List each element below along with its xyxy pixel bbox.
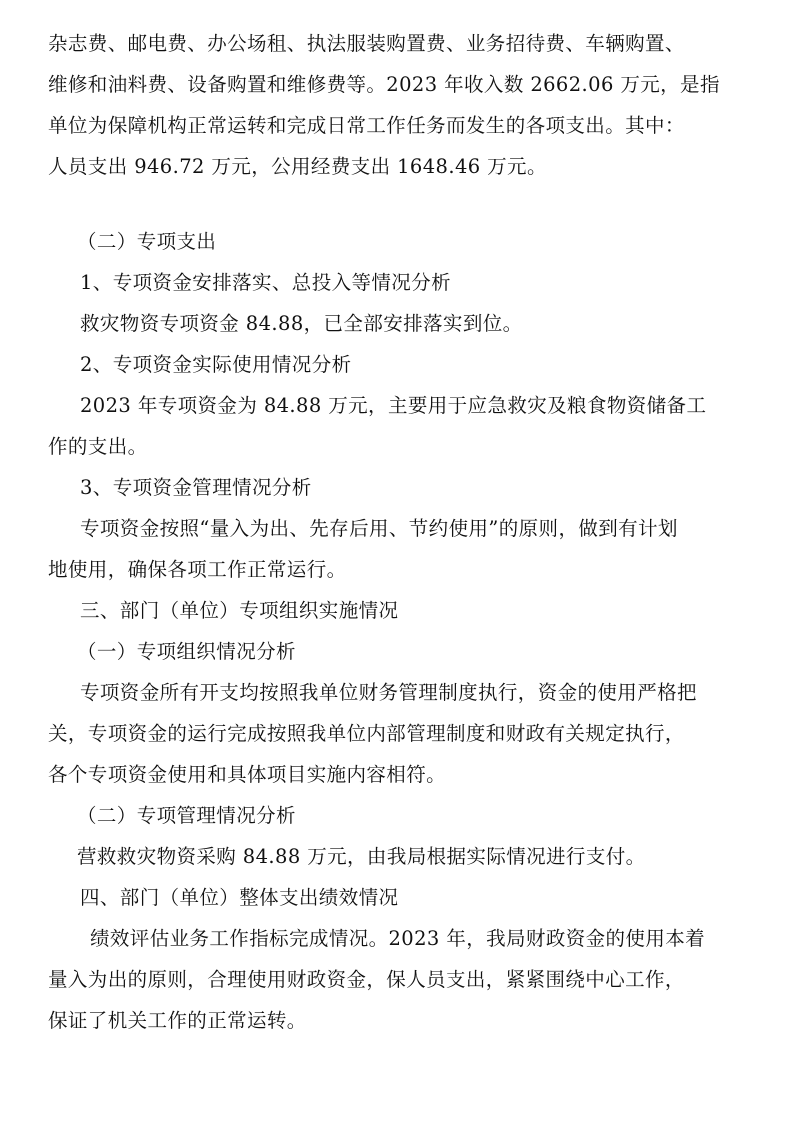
document-page: 杂志费、邮电费、办公场租、执法服装购置费、业务招待费、车辆购置、 维修和油料费、… bbox=[0, 0, 793, 1122]
paragraph-line: 单位为保障机构正常运转和完成日常工作任务而发生的各项支出。其中： bbox=[48, 114, 685, 138]
paragraph-line: 专项资金按照“量入为出、先存后用、节约使用”的原则，做到有计划 bbox=[80, 517, 678, 541]
paragraph-line: 人员支出 946.72 万元，公用经费支出 1648.46 万元。 bbox=[48, 155, 547, 179]
subsection-heading: 2、专项资金实际使用情况分析 bbox=[80, 353, 352, 377]
paragraph-line: 杂志费、邮电费、办公场租、执法服装购置费、业务招待费、车辆购置、 bbox=[48, 32, 685, 56]
paragraph-line: 绩效评估业务工作指标完成情况。2023 年，我局财政资金的使用本着 bbox=[90, 927, 705, 951]
paragraph-line: 专项资金所有开支均按照我单位财务管理制度执行，资金的使用严格把 bbox=[80, 681, 697, 705]
paragraph-line: 救灾物资专项资金 84.88，已全部安排落实到位。 bbox=[80, 312, 523, 336]
paragraph-line: 地使用，确保各项工作正常运行。 bbox=[48, 558, 347, 582]
subsection-heading: 3、专项资金管理情况分析 bbox=[80, 476, 312, 500]
paragraph-line: 2023 年专项资金为 84.88 万元，主要用于应急救灾及粮食物资储备工 bbox=[80, 394, 706, 418]
paragraph-line: 保证了机关工作的正常运转。 bbox=[48, 1009, 307, 1033]
paragraph-line: 作的支出。 bbox=[48, 435, 148, 459]
section-heading: （二）专项管理情况分析 bbox=[77, 804, 296, 828]
section-heading: （二）专项支出 bbox=[77, 230, 216, 254]
paragraph-line: 各个专项资金使用和具体项目实施内容相符。 bbox=[48, 763, 446, 787]
paragraph-line: 营救救灾物资采购 84.88 万元，由我局根据实际情况进行支付。 bbox=[77, 845, 646, 869]
chapter-heading: 三、部门（单位）专项组织实施情况 bbox=[80, 599, 398, 623]
section-heading: （一）专项组织情况分析 bbox=[77, 640, 296, 664]
chapter-heading: 四、部门（单位）整体支出绩效情况 bbox=[80, 886, 398, 910]
paragraph-line: 维修和油料费、设备购置和维修费等。2023 年收入数 2662.06 万元，是指 bbox=[48, 73, 720, 97]
paragraph-line: 关，专项资金的运行完成按照我单位内部管理制度和财政有关规定执行， bbox=[48, 722, 685, 746]
paragraph-line: 量入为出的原则，合理使用财政资金，保人员支出，紧紧围绕中心工作， bbox=[48, 968, 685, 992]
subsection-heading: 1、专项资金安排落实、总投入等情况分析 bbox=[80, 271, 451, 295]
